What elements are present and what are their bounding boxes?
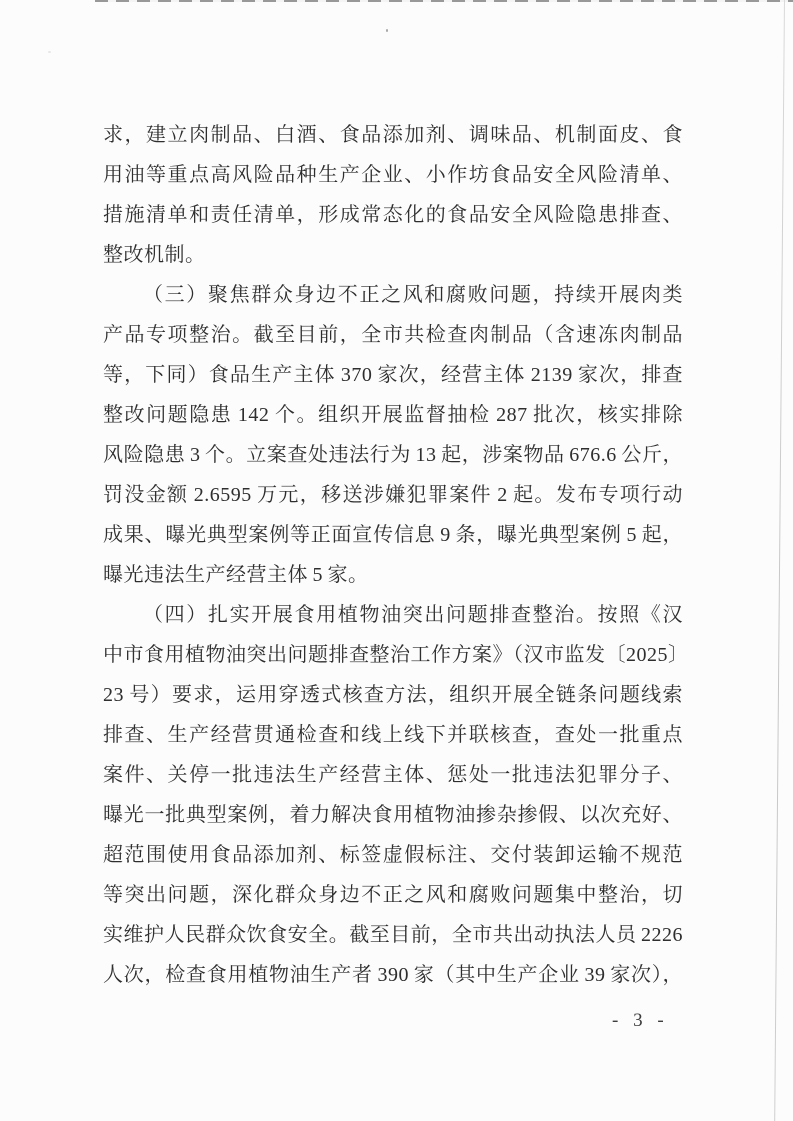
- section-three-paragraph: （三）聚焦群众身边不正之风和腐败问题，持续开展肉类 产品专项整治。截至目前，全市…: [103, 275, 683, 595]
- text-line: 成果、曝光典型案例等正面宣传信息 9 条，曝光典型案例 5 起，: [103, 515, 683, 555]
- text-line: （三）聚焦群众身边不正之风和腐败问题，持续开展肉类: [103, 275, 683, 315]
- text-line: 实维护人民群众饮食安全。截至目前，全市共出动执法人员 2226: [103, 915, 683, 955]
- text-line: （四）扎实开展食用植物油突出问题排查整治。按照《汉: [103, 595, 683, 635]
- text-line: 排查、生产经营贯通检查和线上线下并联核查，查处一批重点: [103, 715, 683, 755]
- text-line: 超范围使用食品添加剂、标签虚假标注、交付装卸运输不规范: [103, 835, 683, 875]
- document-body: 求，建立肉制品、白酒、食品添加剂、调味品、机制面皮、食 用油等重点高风险品种生产…: [103, 115, 683, 995]
- text-line: 曝光一批典型案例，着力解决食用植物油掺杂掺假、以次充好、: [103, 795, 683, 835]
- text-line: 中市食用植物油突出问题排查整治工作方案》（汉市监发〔2025〕: [103, 635, 683, 675]
- text-line: 等突出问题，深化群众身边不正之风和腐败问题集中整治，切: [103, 875, 683, 915]
- scan-speck: [386, 29, 388, 32]
- text-line: 罚没金额 2.6595 万元，移送涉嫌犯罪案件 2 起。发布专项行动: [103, 475, 683, 515]
- text-line: 整改机制。: [103, 235, 683, 275]
- page-number: - 3 -: [612, 1010, 669, 1032]
- text-line: 23 号）要求，运用穿透式核查方法，组织开展全链条问题线索: [103, 675, 683, 715]
- scanned-page: 求，建立肉制品、白酒、食品添加剂、调味品、机制面皮、食 用油等重点高风险品种生产…: [0, 0, 793, 1121]
- text-line: 等，下同）食品生产主体 370 家次，经营主体 2139 家次，排查: [103, 355, 683, 395]
- text-line: 用油等重点高风险品种生产企业、小作坊食品安全风险清单、: [103, 155, 683, 195]
- text-line: 风险隐患 3 个。立案查处违法行为 13 起，涉案物品 676.6 公斤，: [103, 435, 683, 475]
- text-line: 曝光违法生产经营主体 5 家。: [103, 555, 683, 595]
- text-line: 求，建立肉制品、白酒、食品添加剂、调味品、机制面皮、食: [103, 115, 683, 155]
- text-line: 产品专项整治。截至目前，全市共检查肉制品（含速冻肉制品: [103, 315, 683, 355]
- section-four-paragraph: （四）扎实开展食用植物油突出问题排查整治。按照《汉 中市食用植物油突出问题排查整…: [103, 595, 683, 995]
- scan-speck: [48, 51, 51, 53]
- text-line: 措施清单和责任清单，形成常态化的食品安全风险隐患排查、: [103, 195, 683, 235]
- continuation-paragraph: 求，建立肉制品、白酒、食品添加剂、调味品、机制面皮、食 用油等重点高风险品种生产…: [103, 115, 683, 275]
- text-line: 人次，检查食用植物油生产者 390 家（其中生产企业 39 家次），: [103, 955, 683, 995]
- scan-edge-artifact-top: [95, 0, 793, 2]
- text-line: 案件、关停一批违法生产经营主体、惩处一批违法犯罪分子、: [103, 755, 683, 795]
- text-line: 整改问题隐患 142 个。组织开展监督抽检 287 批次，核实排除: [103, 395, 683, 435]
- scan-edge-artifact-right: [774, 0, 785, 1121]
